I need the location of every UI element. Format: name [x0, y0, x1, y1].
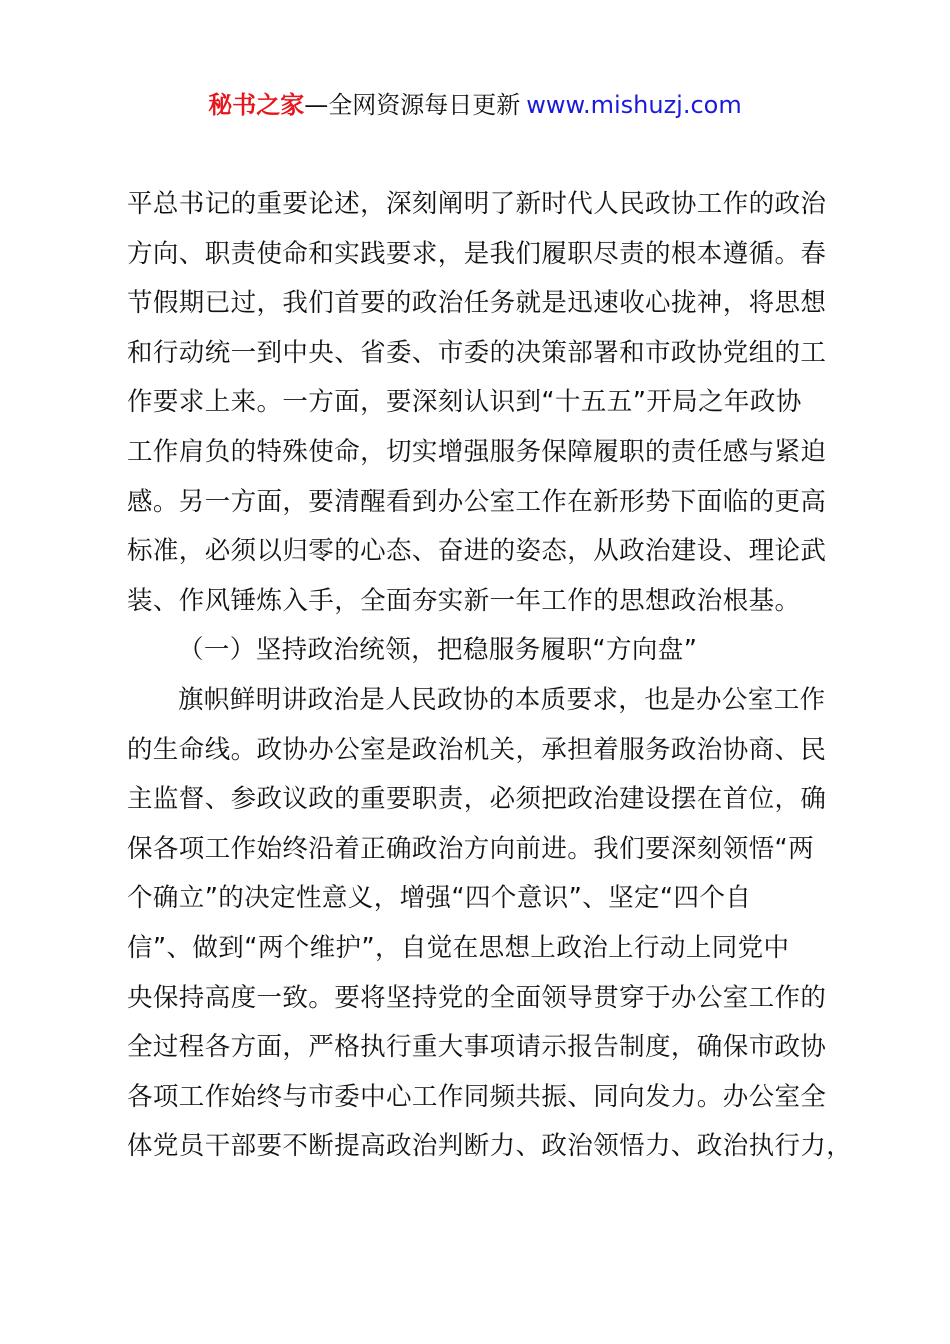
text-line: 标准，必须以归零的心态、奋进的姿态，从政治建设、理论武: [127, 527, 833, 577]
text-line: 工作肩负的特殊使命，切实增强服务保障履职的责任感与紧迫: [127, 428, 833, 478]
site-url-link[interactable]: www.mishuzj.com: [526, 91, 741, 119]
site-header: 秘书之家—全网资源每日更新www.mishuzj.com: [0, 88, 950, 122]
text-line: 方向、职责使命和实践要求，是我们履职尽责的根本遵循。春: [127, 230, 833, 280]
text-line: 体党员干部要不断提高政治判断力、政治领悟力、政治执行力，: [127, 1122, 833, 1172]
text-line: 各项工作始终与市委中心工作同频共振、同向发力。办公室全: [127, 1073, 833, 1123]
text-line: 和行动统一到中央、省委、市委的决策部署和市政协党组的工: [127, 329, 833, 379]
text-line: 个确立”的决定性意义，增强“四个意识”、坚定“四个自: [127, 874, 833, 924]
text-line: 平总书记的重要论述，深刻阐明了新时代人民政协工作的政治: [127, 180, 833, 230]
text-line: 全过程各方面，严格执行重大事项请示报告制度，确保市政协: [127, 1023, 833, 1073]
text-line: 的生命线。政协办公室是政治机关，承担着服务政治协商、民: [127, 726, 833, 776]
brand-name: 秘书之家: [208, 91, 304, 119]
text-line: 装、作风锤炼入手，全面夯实新一年工作的思想政治根基。: [127, 577, 833, 627]
text-line: 主监督、参政议政的重要职责，必须把政治建设摆在首位，确: [127, 775, 833, 825]
header-slogan: —全网资源每日更新: [304, 91, 520, 119]
section-heading: （一）坚持政治统领，把稳服务履职“方向盘”: [127, 626, 833, 676]
text-line: 节假期已过，我们首要的政治任务就是迅速收心拢神，将思想: [127, 279, 833, 329]
document-body: 平总书记的重要论述，深刻阐明了新时代人民政协工作的政治 方向、职责使命和实践要求…: [127, 180, 833, 1172]
text-line: 信”、做到“两个维护”，自觉在思想上政治上行动上同党中: [127, 924, 833, 974]
text-line: 感。另一方面，要清醒看到办公室工作在新形势下面临的更高: [127, 478, 833, 528]
text-line: 保各项工作始终沿着正确政治方向前进。我们要深刻领悟“两: [127, 825, 833, 875]
text-line: 作要求上来。一方面，要深刻认识到“十五五”开局之年政协: [127, 378, 833, 428]
text-line: 旗帜鲜明讲政治是人民政协的本质要求，也是办公室工作: [127, 676, 833, 726]
text-line: 央保持高度一致。要将坚持党的全面领导贯穿于办公室工作的: [127, 974, 833, 1024]
